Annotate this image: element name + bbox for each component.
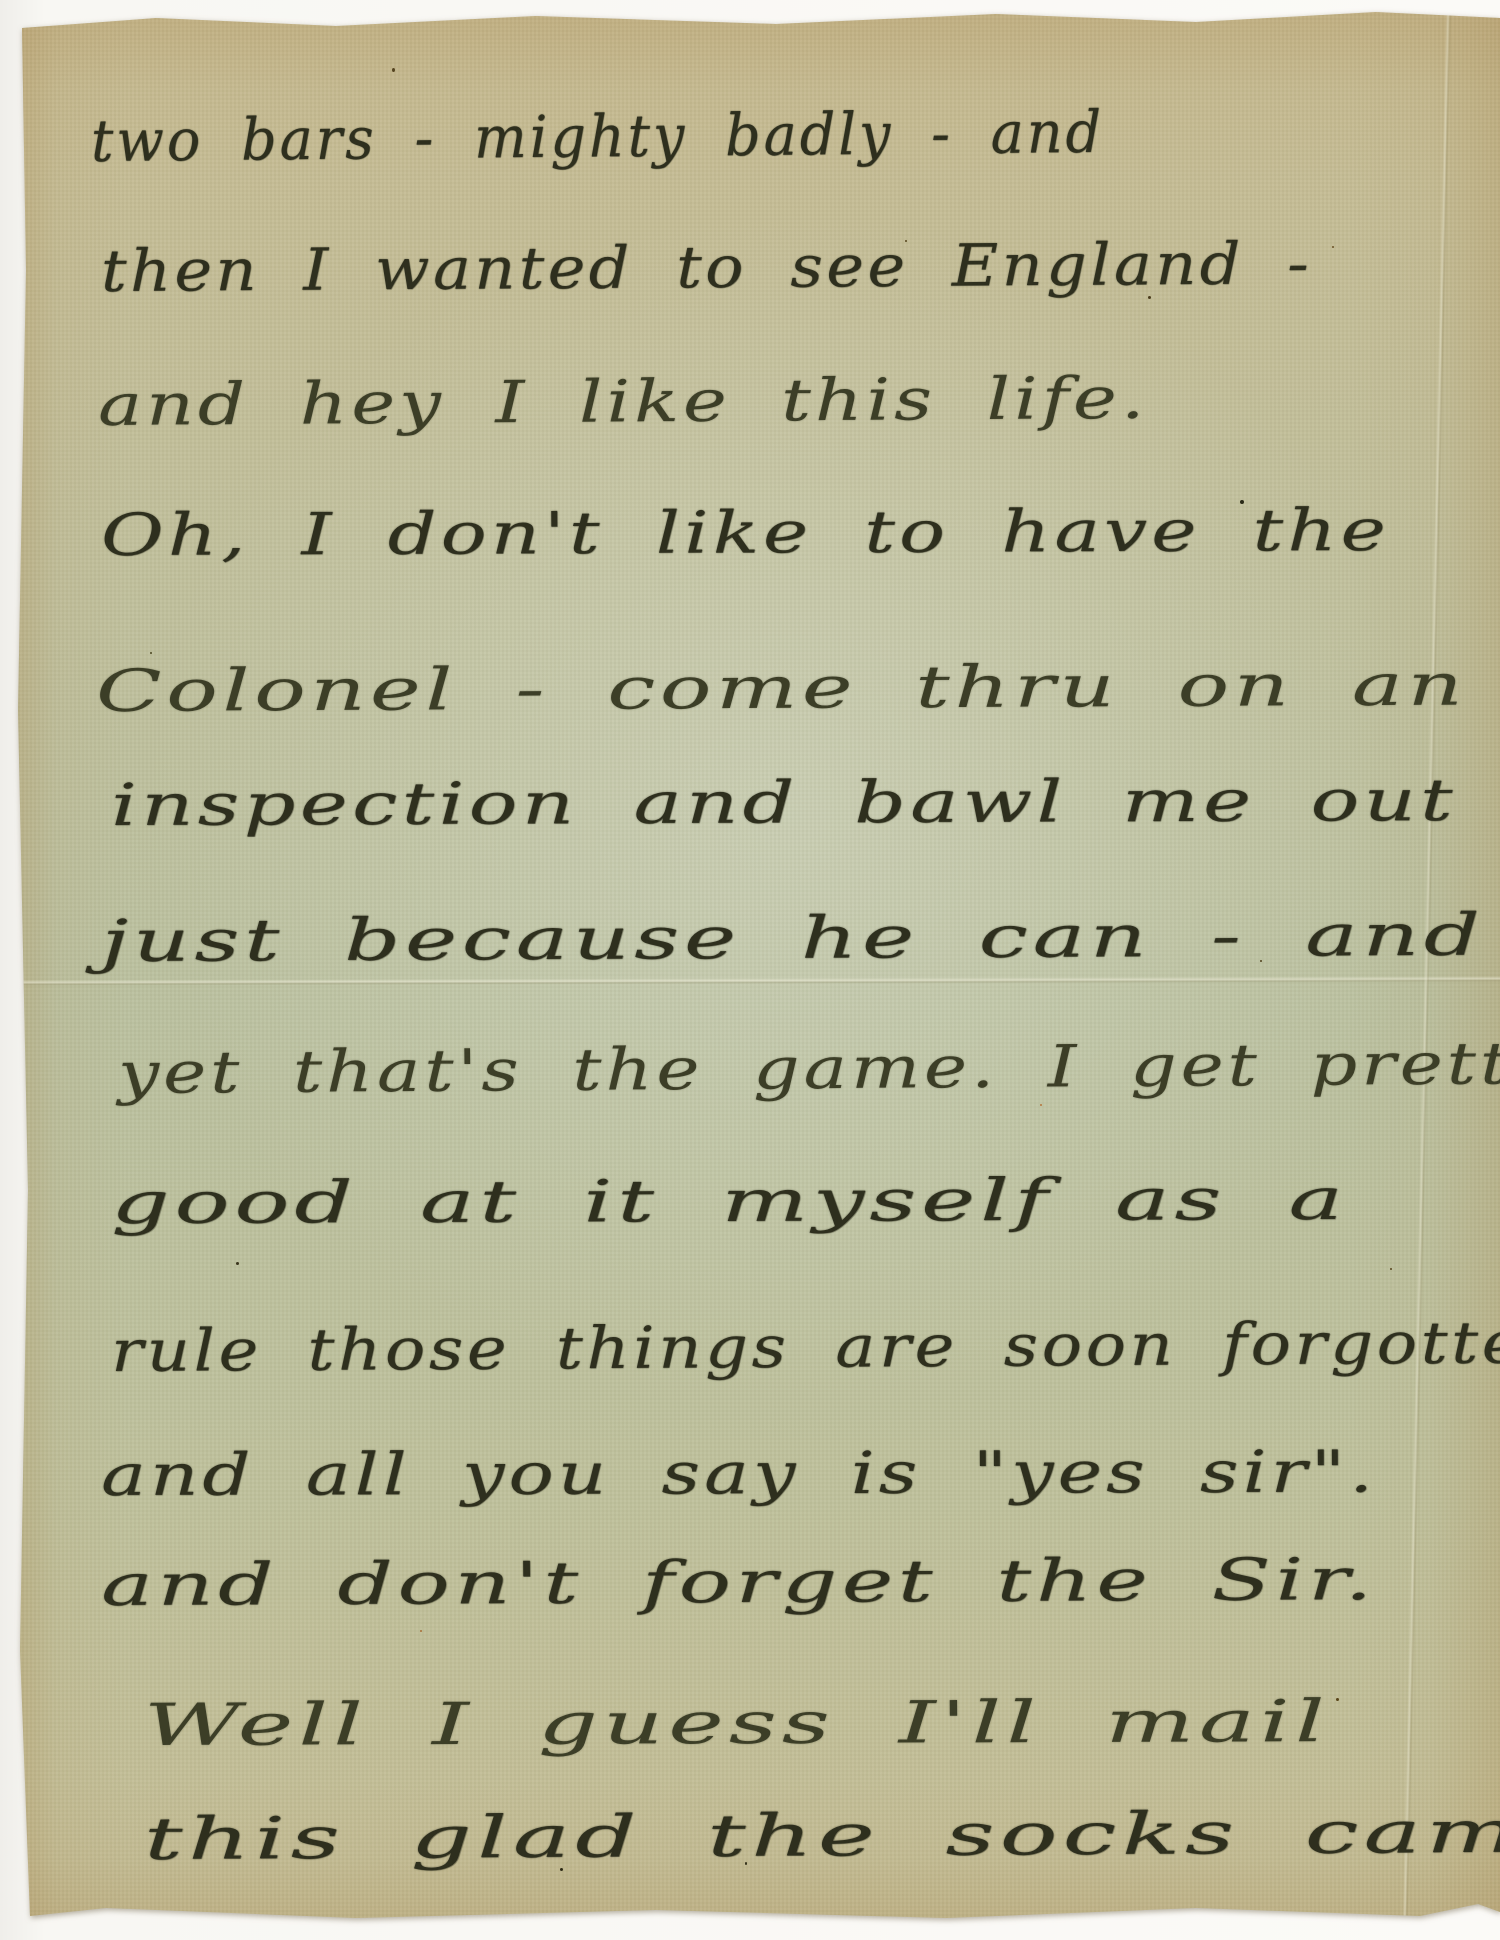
paper-speck <box>420 1630 422 1632</box>
paper-speck <box>560 1868 563 1871</box>
letter-paper: two bars - mighty badly - and then I wan… <box>16 10 1500 1926</box>
handwriting-line-8: yet that's the game. I get pretty <box>118 1020 1500 1117</box>
handwriting-line-3: and hey I like this life. <box>98 355 1149 449</box>
handwriting-line-4: Oh, I don't like to have the <box>101 487 1390 579</box>
paper-speck <box>1332 246 1334 248</box>
handwriting-line-9: good at it myself as a <box>111 1156 1349 1247</box>
paper-speck <box>1040 1104 1042 1106</box>
paper-speck <box>392 68 395 72</box>
paper-speck <box>1240 500 1244 504</box>
handwriting-line-6: inspection and bawl me out <box>111 757 1458 849</box>
handwriting-line-11: and all you say is "yes sir". <box>101 1429 1377 1519</box>
paper-speck <box>905 240 907 242</box>
handwriting-line-1: two bars - mighty badly - and <box>91 89 1105 185</box>
paper-speck <box>1148 296 1151 299</box>
letter-page: two bars - mighty badly - and then I wan… <box>0 0 1500 1940</box>
handwriting-line-5: Colonel - come thru on an <box>96 642 1468 735</box>
paper-speck <box>1390 1268 1392 1270</box>
paper-speck <box>1260 960 1262 962</box>
handwriting-line-13: Well I guess I'll mail <box>144 1678 1330 1769</box>
handwriting-line-2: then I wanted to see England - <box>101 220 1313 315</box>
handwriting-line-14: this glad the socks came <box>143 1788 1500 1883</box>
handwriting-line-12: and don't forget the Sir. <box>101 1536 1377 1629</box>
paper-speck <box>236 1262 239 1265</box>
paper-speck <box>745 1862 747 1865</box>
handwriting-line-10: rule those things are soon forgotten <box>111 1299 1500 1395</box>
paper-speck <box>1336 1698 1339 1701</box>
paper-speck <box>150 652 152 654</box>
handwriting-line-7: just because he can - and <box>101 892 1486 985</box>
